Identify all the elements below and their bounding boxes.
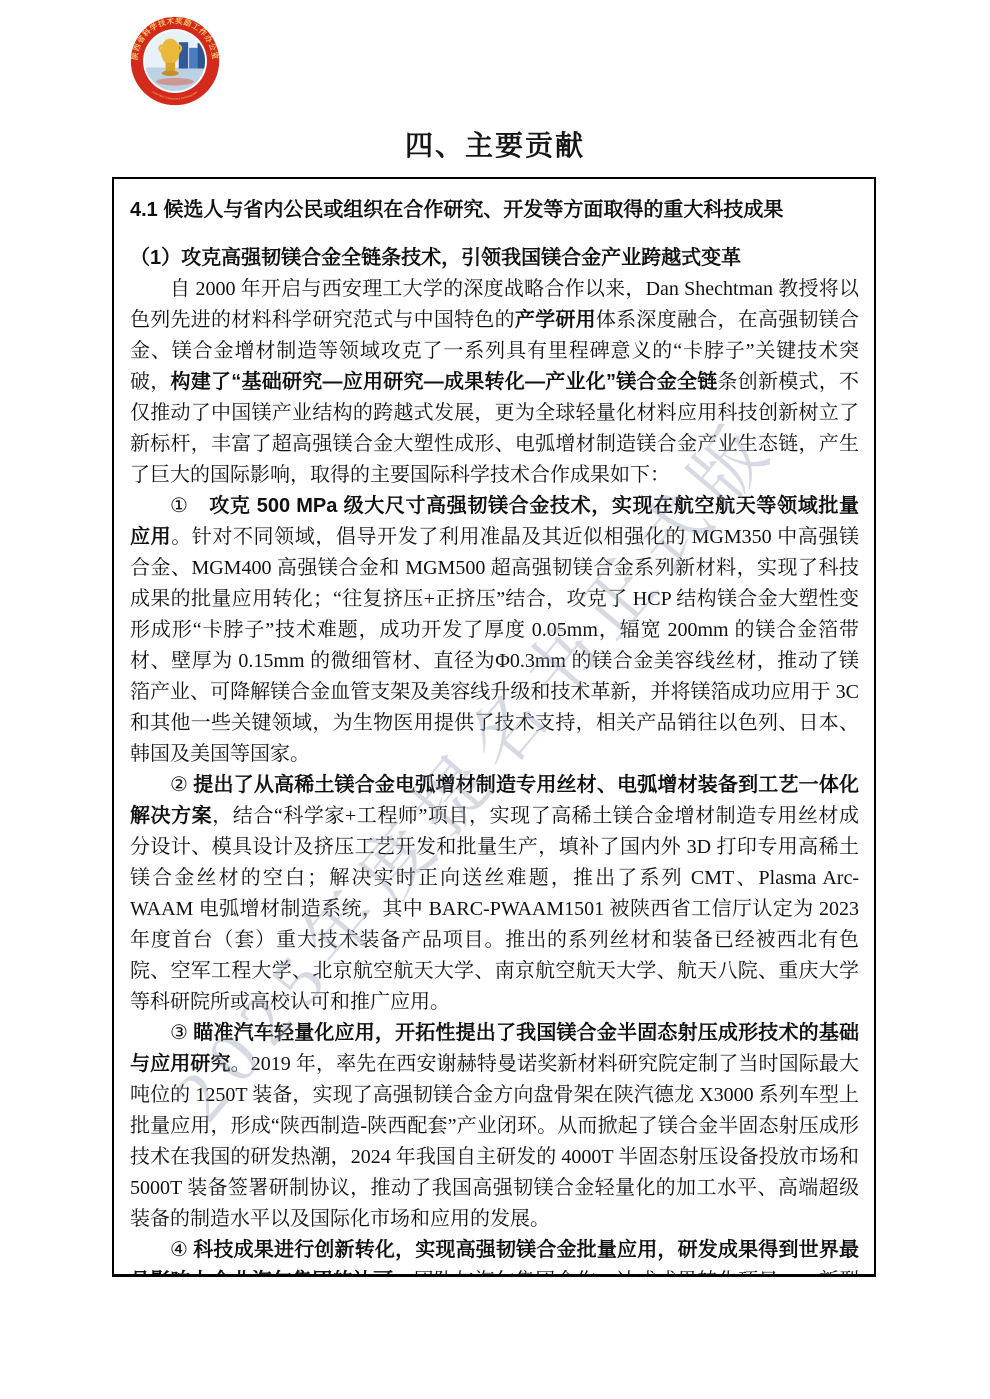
paragraph: ③ 瞄准汽车轻量化应用，开拓性提出了我国镁合金半固态射压成形技术的基础与应用研究…: [130, 1018, 859, 1235]
text-run-bold: 产学研用: [515, 309, 596, 331]
paragraph: ② 提出了从高稀土镁合金电弧增材制造专用丝材、电弧增材装备到工艺一体化解决方案，…: [130, 770, 859, 1018]
section-heading: 4.1 候选人与省内公民或组织在合作研究、开发等方面取得的重大科技成果: [130, 195, 859, 225]
trophy-icon: [161, 38, 180, 64]
text-run: ①: [170, 495, 209, 517]
text-run: ③: [170, 1022, 193, 1044]
paragraph-subheading: （1）攻克高强韧镁合金全链条技术，引领我国镁合金产业跨越式变革: [130, 243, 859, 274]
page-title: 四、主要贡献: [0, 124, 990, 164]
text-run: ④: [170, 1239, 193, 1261]
org-seal: 陕西省科学技术奖励工作办公室 Shaanxi Office Of Science…: [128, 14, 222, 108]
paragraph: ① 攻克 500 MPa 级大尺寸高强韧镁合金技术，实现在航空航天等领域批量应用…: [130, 491, 859, 770]
seal-emblem-photo: [145, 31, 205, 91]
text-run-bold: 构建了“基础研究—应用研究—成果转化—产业化”镁合金全链: [171, 371, 718, 393]
paragraph: ④ 科技成果进行创新转化，实现高强韧镁合金批量应用，研发成果得到世界最具影响力企…: [130, 1235, 859, 1277]
main-content-box: 4.1 候选人与省内公民或组织在合作研究、开发等方面取得的重大科技成果 （1）攻…: [112, 177, 876, 1277]
text-run: 。针对不同领域，倡导开发了利用准晶及其近似相强化的 MGM350 中高强镁合金、…: [130, 526, 859, 765]
text-run: ，结合“科学家+工程师”项目，实现了高稀土镁合金增材制造专用丝材成分设计、模具设…: [130, 805, 859, 1013]
paragraphs: （1）攻克高强韧镁合金全链条技术，引领我国镁合金产业跨越式变革自 2000 年开…: [130, 243, 859, 1277]
text-run: 。2019 年，率先在西安谢赫特曼诺奖新材料研究院定制了当时国际最大吨位的 12…: [130, 1053, 859, 1230]
document-page: { "page": { "title": "四、主要贡献", "watermar…: [0, 0, 990, 1399]
text-run: ②: [170, 774, 193, 796]
paragraph: 自 2000 年开启与西安理工大学的深度战略合作以来，Dan Shechtman…: [130, 274, 859, 491]
text-run-bold: （1）攻克高强韧镁合金全链条技术，引领我国镁合金产业跨越式变革: [130, 247, 741, 269]
